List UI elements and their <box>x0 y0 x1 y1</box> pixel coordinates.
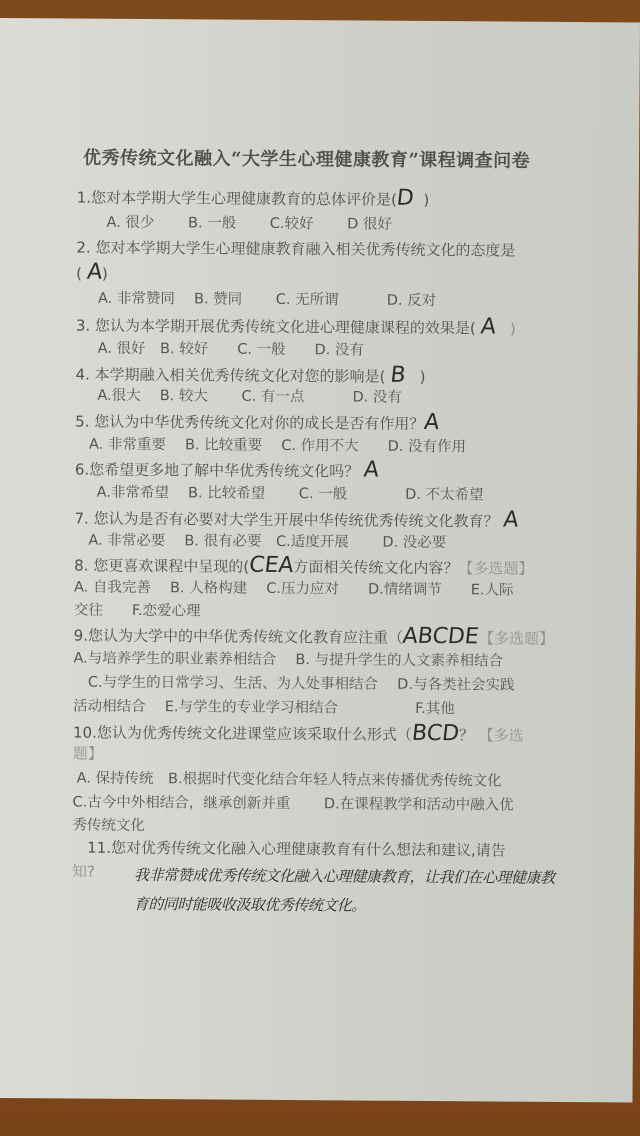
question-6-options: A.非常希望 B. 比较希望 C. 一般 D. 不太希望 <box>97 481 484 505</box>
handwritten-answer-2: A <box>85 260 103 285</box>
question-9-options-cont: C.与学生的日常学习、生活、为人处事相结合 D.与各类社会实践 <box>73 671 514 695</box>
question-1-options: A. 很少 B. 一般 C.较好 D 很好 <box>107 211 393 234</box>
handwritten-answer-4: B <box>389 363 407 388</box>
question-10-options-cont: C.古今中外相结合，继承创新并重 D.在课程教学和活动中融入优 <box>72 791 513 815</box>
question-4-options: A.很大 B. 较大 C. 有一点 D. 没有 <box>97 384 402 407</box>
multi-select-tag: 【多选 <box>479 726 524 744</box>
question-7-options: A. 非常必要 B. 很有必要 C.适度开展 D. 没必要 <box>88 529 446 552</box>
handwritten-answer-6: A <box>363 458 381 483</box>
question-8-options: A. 自我完善 B. 人格构建 C.压力应对 D.情绪调节 E.人际 <box>74 576 514 600</box>
question-9: 9.您认为大学中的中华优秀传统文化教育应注重（ABCDE【多选题】 <box>74 622 554 650</box>
question-10-options-cont2: 秀传统文化 <box>72 814 145 836</box>
question-10-cont: 题】 <box>73 743 103 764</box>
question-10: 10.您认为优秀传统文化进课堂应该采取什么形式（BCD？ 【多选 <box>73 719 524 747</box>
handwritten-answer-8: CEA <box>248 553 295 578</box>
handwritten-answer-10: BCD <box>410 721 460 746</box>
handwritten-answer-9: ABCDE <box>402 624 481 650</box>
multi-select-tag: 【多选题】 <box>458 559 533 578</box>
question-10-options: A. 保持传统 B.根据时代变化结合年轻人特点来传播优秀传统文化 <box>77 767 502 791</box>
question-5-options: A. 非常重要 B. 比较重要 C. 作用不大 D. 没有作用 <box>89 433 466 457</box>
question-11-cont: 知? <box>72 861 95 882</box>
multi-select-tag: 【多选题】 <box>479 629 554 648</box>
question-1: 1.您对本学期大学生心理健康教育的总体评价是(D ) <box>77 184 430 211</box>
question-8-options-cont: 交往 F.恋爱心理 <box>74 599 201 621</box>
handwritten-answer-1: D <box>396 186 416 211</box>
question-11: 11.您对优秀传统文化融入心理健康教育有什么想法和建议,请告 <box>72 837 506 861</box>
question-2-answer-line: ( A) <box>76 260 108 285</box>
handwritten-answer-7: A <box>502 508 520 533</box>
question-2: 2. 您对本学期大学生心理健康教育融入相关优秀传统文化的态度是 <box>76 237 515 261</box>
handwritten-answer-11-line2: 育的同时能吸收汲取优秀传统文化。 <box>134 893 366 916</box>
document-title: 优秀传统文化融入“大学生心理健康教育”课程调查问卷 <box>83 144 603 174</box>
question-3-options: A. 很好 B. 较好 C. 一般 D. 没有 <box>98 337 364 360</box>
question-9-options: A.与培养学生的职业素养相结合 B. 与提升学生的人文素养相结合 <box>73 647 503 671</box>
question-5: 5. 您认为中华优秀传统文化对你的成长是否有作用？A <box>75 408 439 436</box>
handwritten-answer-5: A <box>423 410 441 435</box>
handwritten-answer-11-line1: 我非常赞成优秀传统文化融入心理健康教育，让我们在心理健康教 <box>134 864 555 888</box>
question-6: 6.您希望更多地了解中华优秀传统文化吗？ A <box>75 456 379 483</box>
handwritten-answer-3: A <box>479 314 497 339</box>
question-2-options: A. 非常赞同 B. 赞同 C. 无所谓 D. 反对 <box>98 287 436 310</box>
question-9-options-cont2: 活动相结合 E.与学生的专业学习相结合 F.其他 <box>73 695 455 719</box>
questionnaire-paper: 优秀传统文化融入“大学生心理健康教育”课程调查问卷 1.您对本学期大学生心理健康… <box>0 18 640 1102</box>
question-3: 3. 您认为本学期开展优秀传统文化进心理健康课程的效果是( A ) <box>76 312 516 340</box>
